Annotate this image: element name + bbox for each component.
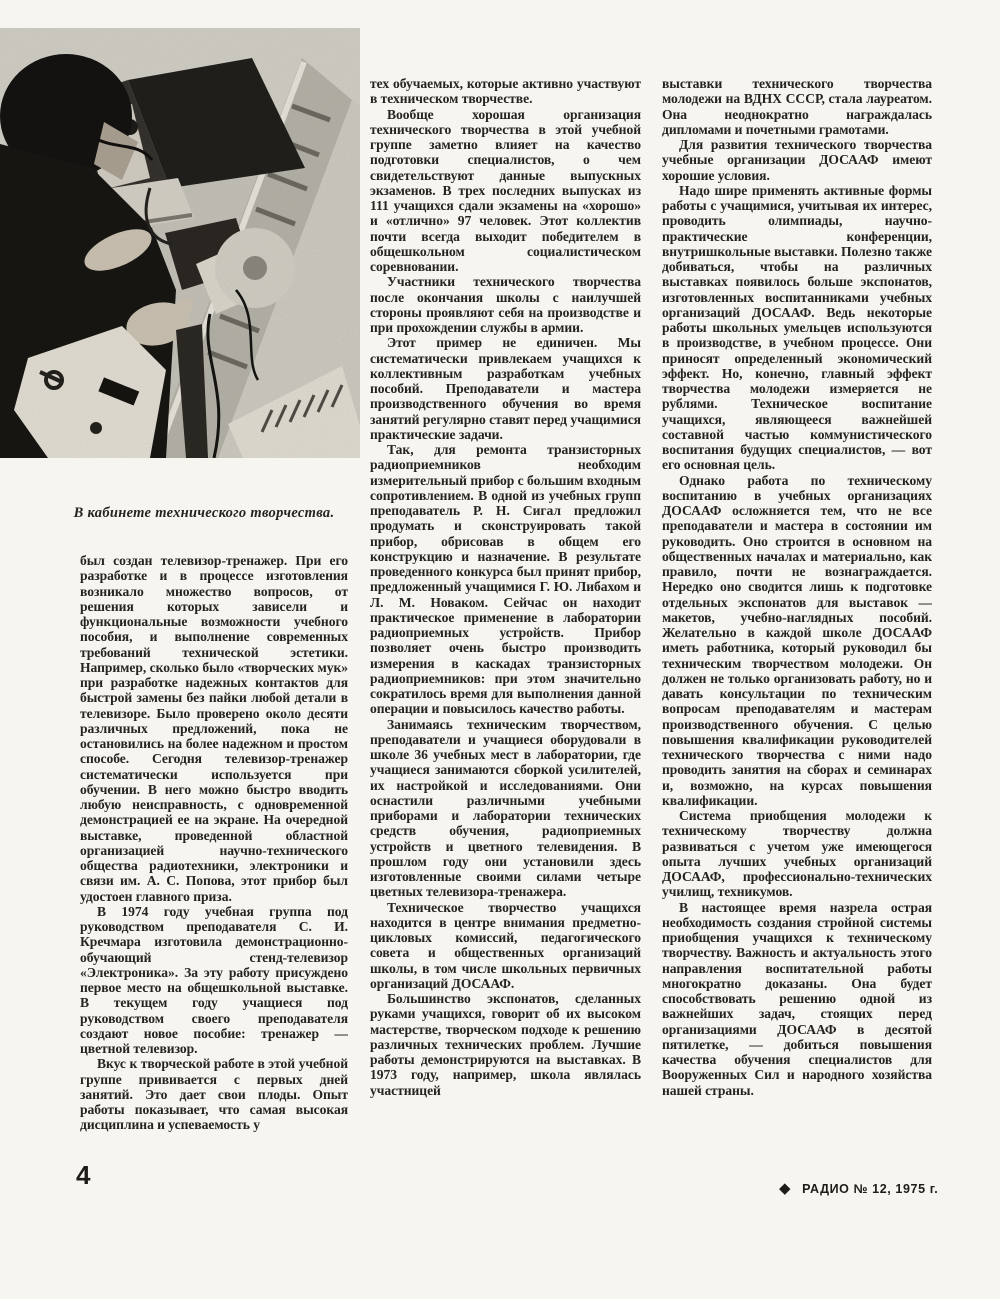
page-number: 4 bbox=[76, 1162, 90, 1188]
paragraph: Занимаясь техническим творчеством, препо… bbox=[370, 717, 641, 900]
paragraph: был создан телевизор-тренажер. При его р… bbox=[80, 553, 348, 904]
diamond-icon: ◆ bbox=[779, 1183, 791, 1195]
paragraph: Так, для ремонта транзисторных радиоприе… bbox=[370, 442, 641, 717]
paragraph: В 1974 году учебная группа под руководст… bbox=[80, 904, 348, 1057]
paragraph: Однако работа по техническому воспитанию… bbox=[662, 473, 932, 809]
paragraph: Этот пример не единичен. Мы систематичес… bbox=[370, 335, 641, 442]
paragraph: В настоящее время назрела острая необход… bbox=[662, 900, 932, 1098]
photo-caption: В кабинете технического творчества. bbox=[58, 504, 350, 522]
magazine-issue-label: РАДИО № 12, 1975 г. bbox=[802, 1182, 938, 1196]
paragraph: Вообще хорошая организация технического … bbox=[370, 107, 641, 275]
paragraph: тех обучаемых, которые активно участвуют… bbox=[370, 76, 641, 107]
paragraph: Надо шире применять активные формы работ… bbox=[662, 183, 932, 473]
text-column-middle: тех обучаемых, которые активно участвуют… bbox=[370, 76, 641, 1161]
paragraph: Система приобщения молодежи к техническо… bbox=[662, 808, 932, 900]
paragraph: Большинство экспонатов, сделанных руками… bbox=[370, 991, 641, 1098]
paragraph: Участники технического творчества после … bbox=[370, 274, 641, 335]
paragraph: Вкус к творческой работе в этой учебной … bbox=[80, 1056, 348, 1132]
text-column-left: был создан телевизор-тренажер. При его р… bbox=[80, 553, 348, 1165]
footer-magazine-info: ◆ РАДИО № 12, 1975 г. bbox=[779, 1182, 938, 1196]
paragraph: выставки технического творчества молодеж… bbox=[662, 76, 932, 137]
magazine-page: В кабинете технического творчества. был … bbox=[0, 0, 1000, 1299]
paragraph: Для развития технического творчества уче… bbox=[662, 137, 932, 183]
paragraph: Техническое творчество учащихся находитс… bbox=[370, 900, 641, 992]
photo-illustration bbox=[0, 28, 360, 458]
text-column-right: выставки технического творчества молодеж… bbox=[662, 76, 932, 1161]
photo-technical-creativity-lab bbox=[0, 28, 360, 458]
